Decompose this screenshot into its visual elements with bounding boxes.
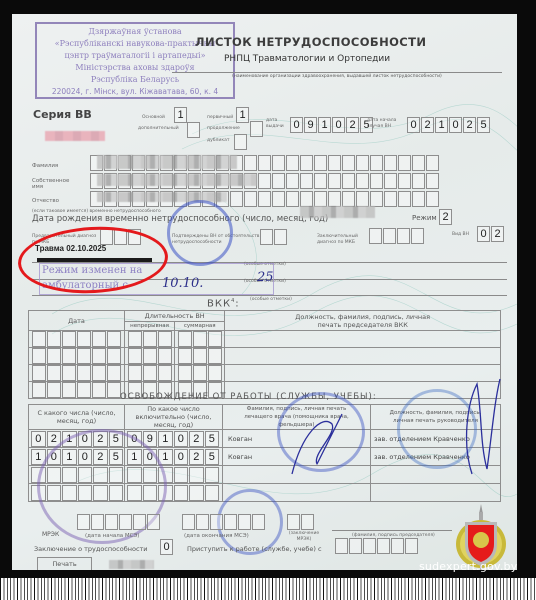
vkk-cell[interactable] [107, 365, 121, 381]
name-cell[interactable] [398, 155, 411, 171]
label-regime: Режим [412, 214, 437, 222]
confirmed-cell[interactable] [260, 229, 273, 245]
return-date-cell[interactable] [335, 538, 348, 554]
checkbox-prodolzhenie[interactable] [250, 121, 263, 137]
head-signature [452, 374, 512, 484]
release-to-digit[interactable]: 0 [174, 449, 189, 465]
vkk-chairman-signature[interactable] [225, 331, 501, 348]
mrek-cell[interactable] [196, 514, 209, 530]
name-cell[interactable] [384, 191, 397, 207]
vkk-cell[interactable] [77, 382, 91, 398]
organization-seal-box: Печать организации [37, 557, 92, 570]
start-date-cells: 021025 [407, 117, 491, 133]
form-title: ЛИСТОК НЕТРУДОСПОСОБНОСТИ [195, 35, 426, 49]
vkk-date [29, 365, 125, 382]
name-cell[interactable] [370, 173, 383, 189]
release-to-digit[interactable] [189, 467, 204, 483]
redacted-surname [97, 155, 237, 169]
vkk-cell[interactable] [208, 348, 222, 364]
measurement-ruler [0, 578, 536, 600]
vkk-cell[interactable] [178, 348, 192, 364]
mrek-cell[interactable] [224, 514, 237, 530]
vkk-cell[interactable] [77, 365, 91, 381]
name-cell[interactable] [342, 173, 355, 189]
vkk-cell[interactable] [107, 348, 121, 364]
vkk-col-continuous: непрерывная [125, 322, 175, 331]
vkk-cell[interactable] [193, 331, 207, 347]
vkk-table: Дата Длительность ВН Должность, фамилия,… [28, 310, 501, 399]
return-date-cells [335, 538, 419, 554]
vkk-row [29, 365, 501, 382]
mrek-start-cells [77, 514, 161, 530]
vkk-sup: 4 [231, 298, 235, 304]
mrek-cell[interactable] [119, 514, 132, 530]
label-conclusion: Заключение о трудоспособности [34, 545, 148, 553]
release-to-digit[interactable]: 2 [189, 431, 204, 447]
redacted-birth-date [300, 206, 375, 218]
mrek-cell[interactable] [301, 514, 314, 530]
final-diagnosis-cells [369, 228, 425, 244]
label-prodolzhenie: продолжение [207, 126, 240, 132]
label-start-date: дата начала случая ВН [367, 118, 405, 130]
name-cell[interactable] [314, 155, 327, 171]
series-label: Серия ВВ [33, 108, 92, 121]
mrek-cell[interactable] [77, 514, 90, 530]
vkk-cell[interactable] [143, 348, 157, 364]
release-to-digit[interactable]: 5 [205, 449, 220, 465]
name-cell[interactable] [426, 173, 439, 189]
vkk-cell[interactable] [128, 348, 142, 364]
name-cell[interactable] [230, 191, 243, 207]
issue-date-cells: 091025 [290, 117, 374, 133]
checkbox-osnovnoy[interactable]: 1 [174, 107, 187, 123]
seal-label: Печать [38, 559, 91, 569]
label-patronymic: Отчество [32, 198, 59, 204]
vn-type-digit[interactable]: 0 [477, 226, 490, 242]
release-to-digit[interactable] [174, 467, 189, 483]
name-cell[interactable] [272, 173, 285, 189]
label-return-to-work: Приступить к работе (службе, учебе) с [187, 545, 322, 553]
label-dopolnitelny: дополнительный [138, 126, 179, 132]
vkk-cell[interactable] [47, 382, 61, 398]
chairman-line [332, 530, 452, 531]
label-osnovnoy: Основной [142, 115, 165, 121]
mrek-cell[interactable] [91, 514, 104, 530]
vkk-cell[interactable] [158, 348, 172, 364]
vkk-col-total: суммарная [175, 322, 225, 331]
start-date-digit[interactable]: 2 [421, 117, 434, 133]
name-cell[interactable] [300, 155, 313, 171]
name-cell[interactable] [286, 173, 299, 189]
diagnosis-cell[interactable] [411, 228, 424, 244]
label-dublikat: дубликат [207, 138, 229, 144]
name-cell[interactable] [328, 155, 341, 171]
regime-value[interactable]: 2 [439, 209, 452, 225]
name-cell[interactable] [426, 155, 439, 171]
release-to-digit[interactable]: 0 [174, 431, 189, 447]
release-col-from: С какого числа (число, месяц, год) [29, 405, 125, 430]
checkbox-dopolnitelny[interactable] [187, 122, 200, 138]
mrek-end-cells [182, 514, 266, 530]
name-cell[interactable] [370, 155, 383, 171]
name-cell[interactable] [356, 191, 369, 207]
vkk-row [29, 331, 501, 348]
vkk-caption: (особые отметки) [250, 297, 292, 303]
release-to-digit[interactable]: 5 [205, 431, 220, 447]
return-date-cell[interactable] [349, 538, 362, 554]
vkk-continuous [125, 365, 175, 382]
release-from-digit[interactable]: 0 [31, 431, 46, 447]
vkk-cell[interactable] [62, 365, 76, 381]
vkk-cell[interactable] [158, 331, 172, 347]
stamp-line: 220024, г. Мінск, вул. Кіжаватава, 60, к… [37, 86, 233, 98]
vkk-cell[interactable] [92, 331, 106, 347]
confirmed-cells [260, 229, 288, 245]
return-date-cell[interactable] [391, 538, 404, 554]
handwritten-year: 25 [257, 270, 274, 285]
label-final-diagnosis: Заключительный диагноз по МКБ [317, 234, 372, 246]
vkk-cell[interactable] [178, 331, 192, 347]
name-cell[interactable] [412, 155, 425, 171]
vkk-cell[interactable] [77, 348, 91, 364]
diagnosis-cell[interactable] [369, 228, 382, 244]
vkk-cell[interactable] [193, 365, 207, 381]
vkk-date [29, 382, 125, 399]
name-cell[interactable] [398, 191, 411, 207]
vkk-cell[interactable] [107, 382, 121, 398]
conclusion-value[interactable]: 0 [160, 539, 173, 555]
vkk-chairman-signature[interactable] [225, 348, 501, 365]
vkk-continuous [125, 331, 175, 348]
name-cell[interactable] [258, 173, 271, 189]
vkk-cell[interactable] [143, 331, 157, 347]
vkk-col-date: Дата [29, 311, 125, 331]
organization-caption: (наименование организации здравоохранени… [172, 74, 502, 79]
mrek-cell[interactable] [105, 514, 118, 530]
label-vn-type: Вид ВН [452, 232, 469, 238]
vn-type-digit[interactable]: 2 [491, 226, 504, 242]
name-cell[interactable] [342, 191, 355, 207]
issue-date-digit[interactable]: 2 [346, 117, 359, 133]
vkk-cell[interactable] [32, 348, 46, 364]
vkk-cell[interactable] [178, 365, 192, 381]
vkk-cell[interactable] [77, 331, 91, 347]
vkk-total [175, 365, 225, 382]
label-issue-date: дата выдачи [266, 118, 288, 130]
sick-leave-form: Дзяржаўная ўстанова «Рэспубліканскі наву… [12, 14, 517, 570]
checkbox-pervichny[interactable]: 1 [236, 107, 249, 123]
return-date-cell[interactable] [363, 538, 376, 554]
name-cell[interactable] [314, 191, 327, 207]
name-cell[interactable] [412, 191, 425, 207]
name-cell[interactable] [342, 155, 355, 171]
name-cell[interactable] [272, 155, 285, 171]
organization-name: РНПЦ Травматологии и Ортопедии [224, 54, 390, 64]
release-to-digit[interactable]: 1 [158, 431, 173, 447]
name-cell[interactable] [300, 191, 313, 207]
return-date-cell[interactable] [377, 538, 390, 554]
name-cell[interactable] [328, 173, 341, 189]
vkk-cell[interactable] [208, 365, 222, 381]
name-cell[interactable] [244, 191, 257, 207]
mrek-cell[interactable] [287, 514, 300, 530]
release-to-digit[interactable]: 2 [189, 449, 204, 465]
vkk-col-chairman: Должность, фамилия, подпись, личная печа… [225, 311, 501, 331]
label-surname: Фамилия [32, 163, 58, 169]
name-cell[interactable] [384, 155, 397, 171]
mrek-start-caption: (дата начала МСЭ) [85, 533, 139, 539]
vn-type-cells: 02 [477, 226, 505, 242]
release-to-digit[interactable] [189, 485, 204, 501]
vkk-cell[interactable] [92, 382, 106, 398]
issue-date-digit[interactable]: 0 [332, 117, 345, 133]
start-date-digit[interactable]: 1 [435, 117, 448, 133]
checkbox-dublikat[interactable] [234, 134, 247, 150]
vkk-title-text: ВКК [207, 298, 231, 309]
mrek-cell[interactable] [238, 514, 251, 530]
name-cell[interactable] [370, 191, 383, 207]
release-to-digit[interactable] [174, 485, 189, 501]
redacted-series-number [45, 131, 105, 141]
vkk-cell[interactable] [193, 348, 207, 364]
vkk-col-duration: Длительность ВН [125, 311, 225, 322]
vkk-cell[interactable] [208, 331, 222, 347]
mrek-end-caption: (дата окончания МСЭ) [184, 533, 249, 539]
doctor-round-stamp [167, 200, 233, 266]
vkk-cell[interactable] [128, 365, 142, 381]
vkk-row [29, 348, 501, 365]
vkk-date [29, 331, 125, 348]
redacted-doctor-name [109, 560, 154, 569]
vkk-continuous [125, 348, 175, 365]
name-cell[interactable] [286, 155, 299, 171]
vkk-cell[interactable] [47, 365, 61, 381]
release-col-to: По какое число включительно (число, меся… [125, 405, 223, 430]
notes-line [32, 295, 507, 296]
label-pervichny: первичный [207, 115, 233, 121]
name-cell[interactable] [286, 191, 299, 207]
vkk-cell[interactable] [143, 365, 157, 381]
diagnosis-cell[interactable] [383, 228, 396, 244]
handwritten-date: 10.10. [162, 276, 203, 291]
name-cell[interactable] [356, 173, 369, 189]
release-head [371, 484, 501, 502]
name-cell[interactable] [328, 191, 341, 207]
name-cell[interactable] [398, 173, 411, 189]
mrek-cell[interactable] [182, 514, 195, 530]
name-cell[interactable] [314, 173, 327, 189]
name-cell[interactable] [244, 155, 257, 171]
confirmed-cell[interactable] [274, 229, 287, 245]
vkk-cell[interactable] [62, 331, 76, 347]
name-cell[interactable] [426, 191, 439, 207]
start-date-digit[interactable]: 2 [463, 117, 476, 133]
vkk-cell[interactable] [47, 331, 61, 347]
vkk-cell[interactable] [47, 348, 61, 364]
divider [172, 72, 502, 73]
vkk-title: ВКК4: [207, 298, 240, 309]
vkk-cell[interactable] [62, 348, 76, 364]
mrek-conclusion-cells [287, 514, 315, 530]
name-cell[interactable] [356, 155, 369, 171]
vkk-cell[interactable] [92, 365, 106, 381]
vkk-date [29, 348, 125, 365]
vkk-total [175, 331, 225, 348]
release-to-digit[interactable] [205, 485, 220, 501]
release-to-digit[interactable] [205, 467, 220, 483]
mrek-cell[interactable] [252, 514, 265, 530]
mrek-cell[interactable] [147, 514, 160, 530]
name-cell[interactable] [258, 155, 271, 171]
redacted-name [97, 174, 257, 186]
organization-stamp: Дзяржаўная ўстанова «Рэспубліканскі наву… [35, 22, 235, 99]
label-name: Собственное имя [32, 178, 72, 190]
seal-label: организации [38, 569, 91, 570]
name-cell[interactable] [272, 191, 285, 207]
start-date-digit[interactable]: 5 [477, 117, 490, 133]
name-cell[interactable] [300, 173, 313, 189]
label-mrek: МРЭК [42, 531, 59, 538]
vkk-cell[interactable] [32, 365, 46, 381]
vkk-cell[interactable] [32, 382, 46, 398]
name-cell[interactable] [258, 191, 271, 207]
issue-date-digit[interactable]: 9 [304, 117, 317, 133]
doctor-signature [282, 404, 352, 484]
name-cell[interactable] [412, 173, 425, 189]
issue-date-digit[interactable]: 1 [318, 117, 331, 133]
diagnosis-cell[interactable] [397, 228, 410, 244]
vkk-cell[interactable] [32, 331, 46, 347]
vkk-cell[interactable] [92, 348, 106, 364]
start-date-digit[interactable]: 0 [449, 117, 462, 133]
name-cell[interactable] [384, 173, 397, 189]
mrek-conclusion-caption: (заключение МРЭК) [284, 531, 324, 543]
stamp-line: цэнтр траўматалогіі і артапедыі» [37, 50, 233, 62]
vkk-cell[interactable] [62, 382, 76, 398]
vkk-cell[interactable] [128, 331, 142, 347]
watermark-text: sudexpert.gov.by [419, 560, 517, 573]
vkk-cell[interactable] [158, 365, 172, 381]
mrek-cell[interactable] [210, 514, 223, 530]
issue-date-digit[interactable]: 0 [290, 117, 303, 133]
start-date-digit[interactable]: 0 [407, 117, 420, 133]
vkk-cell[interactable] [107, 331, 121, 347]
vkk-total [175, 348, 225, 365]
mrek-cell[interactable] [133, 514, 146, 530]
return-date-cell[interactable] [405, 538, 418, 554]
